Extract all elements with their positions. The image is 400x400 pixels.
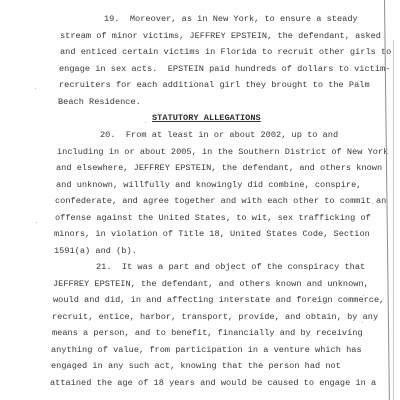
para-21-line-4: recruit, entice, harbor, transport, prov… xyxy=(52,312,378,322)
para-19-line-4: engage in sex acts. EPSTEIN paid hundred… xyxy=(59,64,390,74)
para-20-line-3: and elsewhere, JEFFREY EPSTEIN, the defe… xyxy=(56,163,382,173)
para-20-line-4: and unknown, willfully and knowingly did… xyxy=(56,180,361,190)
para-19-line-5: recruiters for each additional girl they… xyxy=(59,80,370,90)
scan-speck xyxy=(363,295,364,296)
para-20-line-6: offense against the United States, to wi… xyxy=(55,213,371,223)
para-19-line-6: Beach Residence. xyxy=(58,97,141,107)
scan-speck xyxy=(372,203,373,204)
para-19-line-3: and enticed certain victims in Florida t… xyxy=(60,47,391,57)
para-21-line-3: would and did, in and affecting intersta… xyxy=(53,295,384,305)
para-19-line-2: stream of minor victims, JEFFREY EPSTEIN… xyxy=(60,31,381,41)
para-21-line-1: 21. It was a part and object of the cons… xyxy=(96,262,365,272)
scan-speck xyxy=(145,122,146,123)
para-20-line-7: minors, in violation of Title 18, United… xyxy=(54,229,370,239)
para-21-line-8: attained the age of 18 years and would b… xyxy=(50,378,376,388)
scan-speck xyxy=(350,70,351,71)
para-20-line-1: 20. From at least in or about 2002, up t… xyxy=(100,130,338,140)
scan-speck xyxy=(35,88,36,89)
para-19-line-1: 19. Moreover, as in New York, to ensure … xyxy=(104,14,358,24)
para-20-line-5: confederate, and agree together and with… xyxy=(55,196,386,206)
para-21-line-2: JEFFREY EPSTEIN, the defendant, and othe… xyxy=(53,279,369,289)
document-page: 19. Moreover, as in New York, to ensure … xyxy=(0,0,400,400)
para-21-line-7: engaged in any such act, knowing that th… xyxy=(51,361,341,371)
para-21-line-6: anything of value, from participation in… xyxy=(51,345,362,355)
section-heading: STATUTORY ALLEGATIONS xyxy=(152,113,261,123)
para-21-line-5: means a person, and to benefit, financia… xyxy=(52,328,363,338)
para-20-line-2: including in or about 2005, in the South… xyxy=(57,147,388,157)
scan-speck xyxy=(36,222,37,223)
scan-speck xyxy=(362,322,363,323)
para-20-line-8: 1591(a) and (b). xyxy=(54,246,137,256)
page-edge-line-secondary xyxy=(393,40,394,400)
